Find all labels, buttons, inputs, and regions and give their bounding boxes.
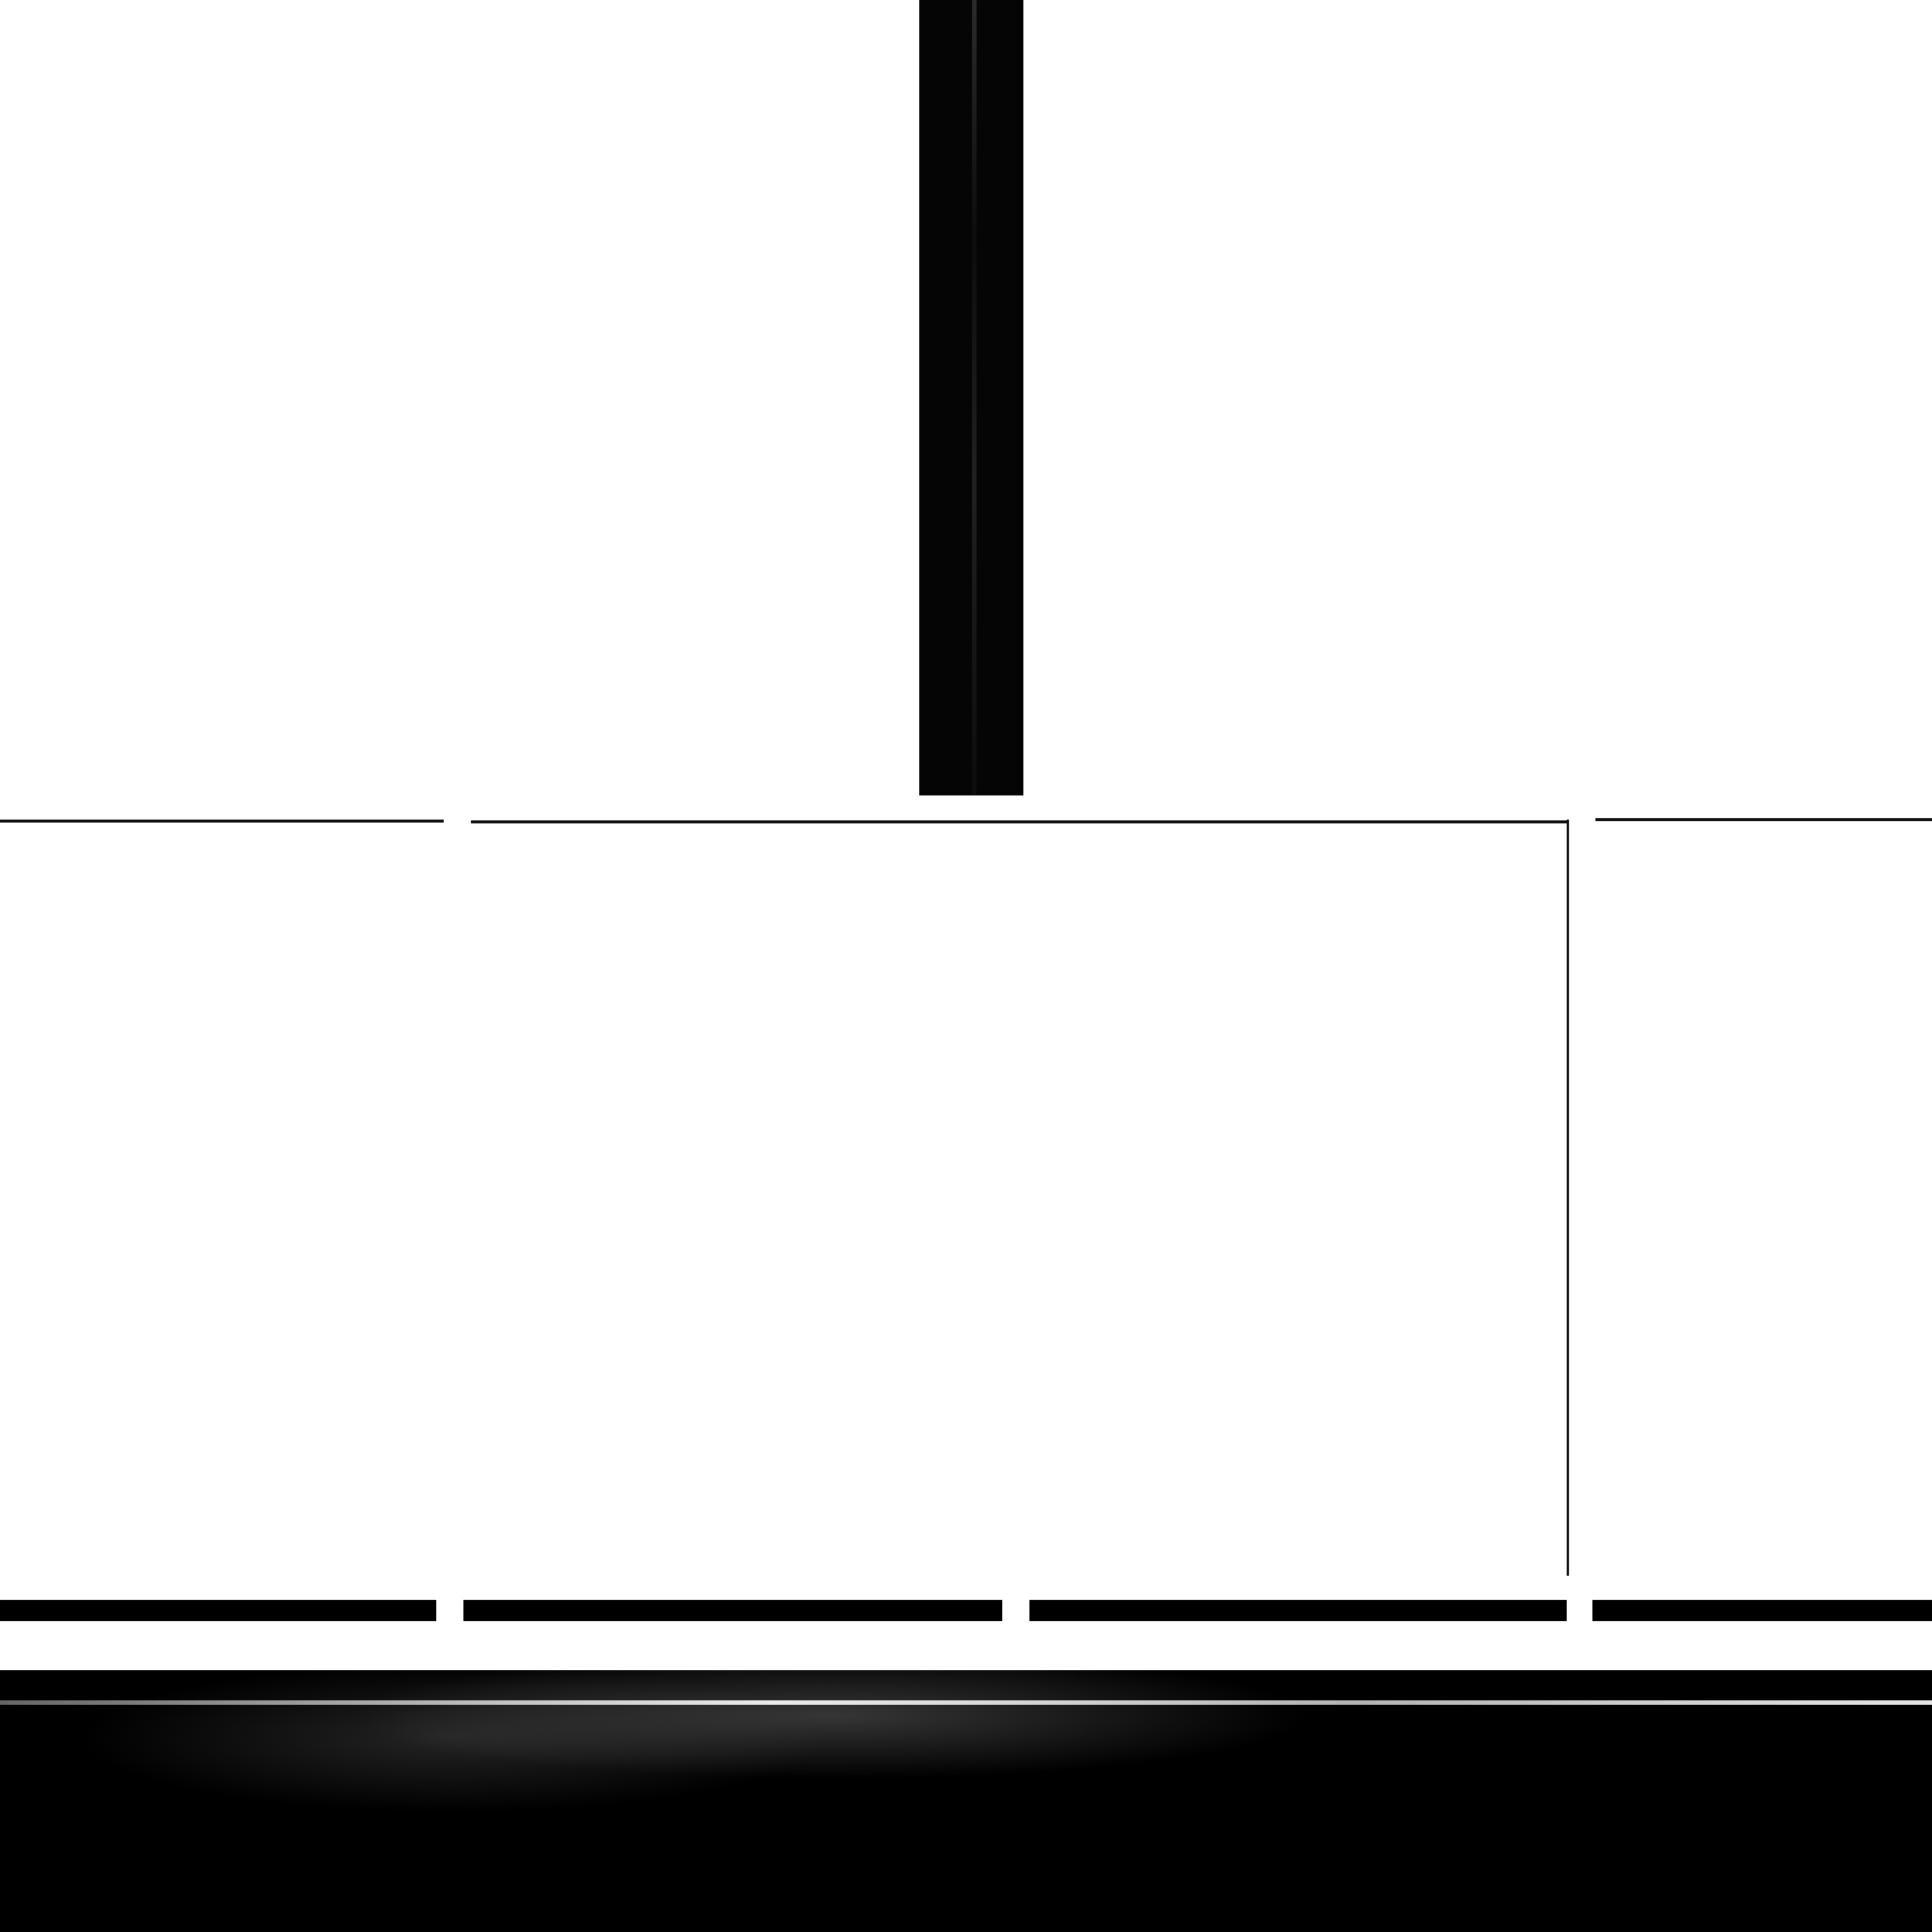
baseboard-segment (1029, 1600, 1567, 1621)
baseboard-segment (463, 1600, 1002, 1621)
wall-panel-seam (1595, 818, 1932, 821)
baseboard-segment (1592, 1600, 1932, 1621)
wall-panel-seam-vertical (1567, 820, 1569, 1576)
vertical-pole (919, 0, 1023, 795)
wall-panel-seam (471, 820, 1568, 823)
ground (0, 1670, 1932, 1932)
wall-panel-seam (0, 820, 444, 823)
photo-scene (0, 0, 1932, 1932)
baseboard-segment (0, 1600, 436, 1621)
